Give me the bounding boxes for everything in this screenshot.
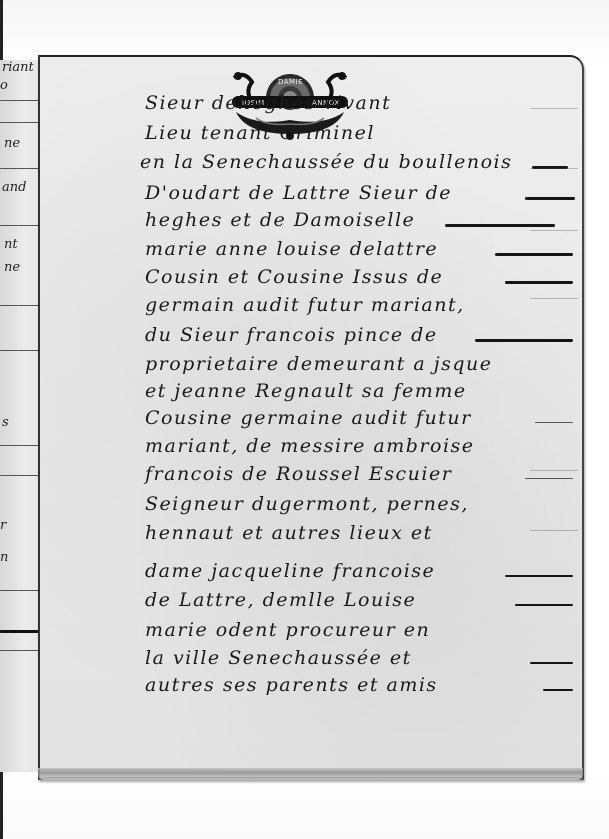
page-bottom-edge	[38, 768, 583, 780]
margin-rule	[530, 298, 578, 299]
prev-page-rule	[0, 445, 40, 446]
manuscript-line-5: heghes et de Damoiselle	[145, 205, 575, 235]
prev-page-fragment: nt	[4, 237, 18, 252]
line-fill-stroke	[505, 575, 573, 577]
line-fill-stroke	[535, 422, 573, 423]
prev-page-rule	[0, 350, 40, 351]
manuscript-line-18: de Lattre, demlle Louise	[145, 585, 575, 615]
prev-page-rule	[0, 122, 40, 123]
prev-page-fragment: r	[0, 518, 6, 533]
manuscript-line-2: Lieu tenant Criminel	[145, 118, 575, 148]
manuscript-line-7: Cousin et Cousine Issus de	[145, 262, 575, 292]
prev-page-rule	[0, 305, 40, 306]
prev-page-fragment: ne	[4, 260, 20, 275]
line-fill-stroke	[505, 281, 573, 284]
manuscript-line-12: Cousine germaine audit futur	[145, 403, 575, 433]
margin-rule	[530, 230, 578, 231]
manuscript-line-20: la ville Senechaussée et	[145, 643, 575, 673]
manuscript-line-17: dame jacqueline francoise	[145, 556, 575, 586]
line-fill-stroke	[543, 689, 573, 691]
prev-page-rule	[0, 100, 40, 101]
manuscript-line-1: Sieur deheghes vivant	[145, 88, 575, 118]
prev-page-fragment: s	[2, 415, 9, 430]
margin-rule	[530, 108, 578, 109]
prev-page-fragment: o	[0, 78, 8, 93]
line-fill-stroke	[525, 197, 575, 200]
prev-page-rule	[0, 630, 40, 633]
line-fill-stroke	[530, 662, 573, 664]
prev-page-rule	[0, 650, 40, 651]
svg-text:DAMIE: DAMIE	[278, 78, 303, 86]
manuscript-line-3: en la Senechaussée du boullenois	[140, 147, 570, 177]
manuscript-line-9: du Sieur francois pince de	[145, 320, 575, 350]
prev-page-rule	[0, 168, 40, 169]
manuscript-line-6: marie anne louise delattre	[145, 234, 575, 264]
manuscript-line-8: germain audit futur mariant,	[145, 290, 575, 320]
line-fill-stroke	[515, 604, 573, 606]
margin-rule	[530, 530, 578, 531]
manuscript-line-16: hennaut et autres lieux et	[145, 518, 575, 548]
manuscript-line-4: D'oudart de Lattre Sieur de	[145, 178, 575, 208]
manuscript-line-14: francois de Roussel Escuier	[145, 459, 575, 489]
line-fill-stroke	[495, 253, 573, 256]
prev-page-rule	[0, 590, 40, 591]
manuscript-line-19: marie odent procureur en	[145, 615, 575, 645]
prev-page-rule	[0, 225, 40, 226]
manuscript-line-13: mariant, de messire ambroise	[145, 431, 575, 461]
manuscript-line-10: proprietaire demeurant a jsque	[145, 349, 575, 379]
prev-page-fragment: n	[0, 550, 8, 565]
prev-page-fragment: riant	[2, 60, 34, 75]
manuscript-line-21: autres ses parents et amis	[145, 670, 575, 700]
line-fill-stroke	[525, 478, 573, 479]
prev-page-fragment: ne	[4, 136, 20, 151]
line-fill-stroke	[475, 339, 573, 342]
prev-page-rule	[0, 475, 40, 476]
manuscript-line-15: Seigneur dugermont, pernes,	[145, 489, 575, 519]
margin-rule	[530, 470, 578, 471]
margin-rule	[530, 168, 578, 169]
prev-page-fragment: and	[2, 180, 26, 195]
line-fill-stroke	[445, 224, 555, 227]
manuscript-line-11: et jeanne Regnault sa femme	[145, 376, 575, 406]
